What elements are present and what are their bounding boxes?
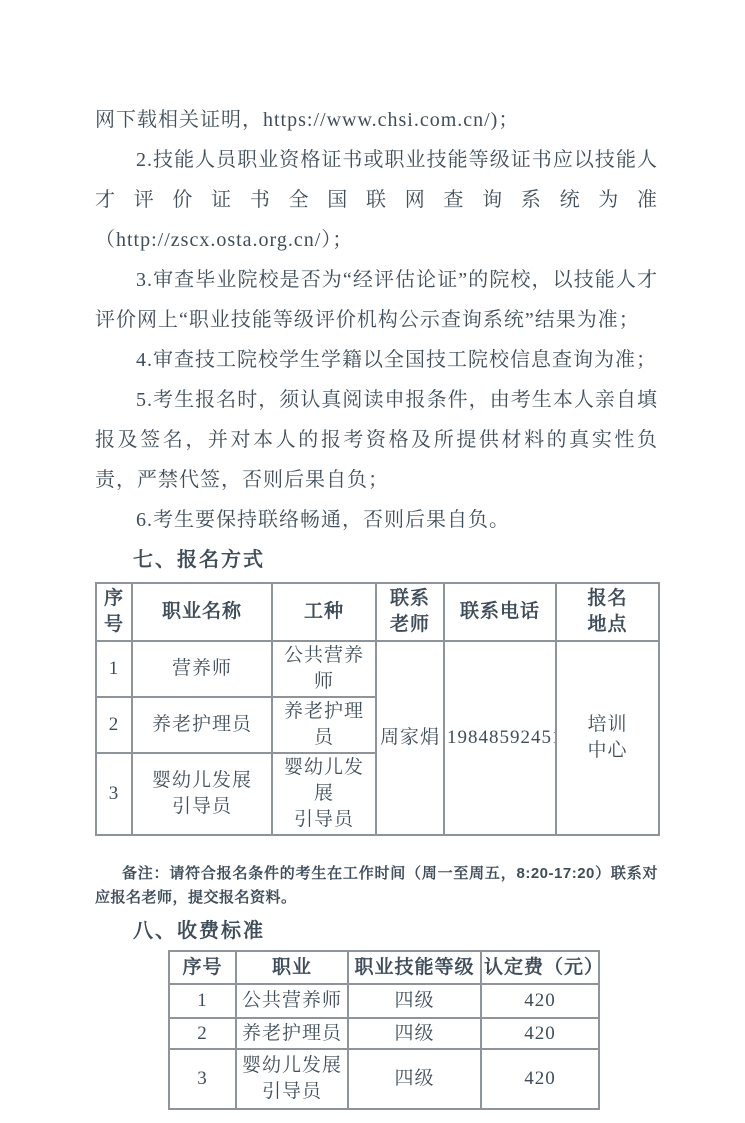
fee-row2-level: 四级 bbox=[348, 1018, 481, 1049]
reg-header-occupation: 职业名称 bbox=[132, 583, 272, 641]
fee-row1-occupation: 公共营养师 bbox=[236, 984, 348, 1018]
table-row: 1 营养师 公共营养师 周家焆 19848592451 培训 中心 bbox=[96, 641, 659, 697]
paragraph-4: 4.审查技工院校学生学籍以全国技工院校信息查询为准； bbox=[95, 340, 658, 380]
reg-header-phone: 联系电话 bbox=[444, 583, 556, 641]
fee-row1-fee: 420 bbox=[481, 984, 599, 1018]
fee-header-fee: 认定费（元） bbox=[481, 951, 599, 984]
body-text-block: 网下载相关证明，https://www.chsi.com.cn/)； 2.技能人… bbox=[95, 100, 658, 540]
fee-row1-no: 1 bbox=[169, 984, 236, 1018]
fee-row3-occupation: 婴幼儿发展 引导员 bbox=[236, 1049, 348, 1109]
reg-header-no: 序 号 bbox=[96, 583, 132, 641]
reg-row3-worktype: 婴幼儿发展 引导员 bbox=[272, 753, 376, 835]
reg-row1-worktype: 公共营养师 bbox=[272, 641, 376, 697]
table-row: 2 养老护理员 四级 420 bbox=[169, 1018, 599, 1049]
paragraph-5: 5.考生报名时，须认真阅读申报条件，由考生本人亲自填报及签名，并对本人的报考资格… bbox=[95, 380, 658, 500]
fee-row3-no: 3 bbox=[169, 1049, 236, 1109]
section7-heading: 七、报名方式 bbox=[95, 540, 658, 580]
fee-row3-level: 四级 bbox=[348, 1049, 481, 1109]
reg-header-location: 报名 地点 bbox=[556, 583, 659, 641]
reg-location-cell: 培训 中心 bbox=[556, 641, 659, 835]
fee-row3-fee: 420 bbox=[481, 1049, 599, 1109]
fee-table: 序号 职业 职业技能等级 认定费（元） 1 公共营养师 四级 420 2 养老护… bbox=[168, 950, 600, 1110]
fee-row2-fee: 420 bbox=[481, 1018, 599, 1049]
fee-header-no: 序号 bbox=[169, 951, 236, 984]
fee-row2-occupation: 养老护理员 bbox=[236, 1018, 348, 1049]
reg-teacher-cell: 周家焆 bbox=[376, 641, 444, 835]
fee-header-level: 职业技能等级 bbox=[348, 951, 481, 984]
reg-row2-worktype: 养老护理员 bbox=[272, 697, 376, 753]
table-row: 3 婴幼儿发展 引导员 四级 420 bbox=[169, 1049, 599, 1109]
fee-header-occupation: 职业 bbox=[236, 951, 348, 984]
fee-row1-level: 四级 bbox=[348, 984, 481, 1018]
section8-heading: 八、收费标准 bbox=[95, 912, 658, 950]
paragraph-2: 2.技能人员职业资格证书或职业技能等级证书应以技能人才评价证书全国联网查询系统为… bbox=[95, 140, 658, 260]
reg-row2-no: 2 bbox=[96, 697, 132, 753]
document-page: 网下载相关证明，https://www.chsi.com.cn/)； 2.技能人… bbox=[0, 0, 745, 1123]
reg-phone-cell: 19848592451 bbox=[444, 641, 556, 835]
paragraph-6: 6.考生要保持联络畅通，否则后果自负。 bbox=[95, 500, 658, 540]
reg-header-teacher: 联系 老师 bbox=[376, 583, 444, 641]
paragraph-1: 网下载相关证明，https://www.chsi.com.cn/)； bbox=[95, 100, 658, 140]
reg-header-worktype: 工种 bbox=[272, 583, 376, 641]
reg-row2-occupation: 养老护理员 bbox=[132, 697, 272, 753]
registration-table: 序 号 职业名称 工种 联系 老师 联系电话 报名 地点 1 营养师 公共营养师… bbox=[95, 582, 660, 836]
table-row: 1 公共营养师 四级 420 bbox=[169, 984, 599, 1018]
fee-row2-no: 2 bbox=[169, 1018, 236, 1049]
reg-row3-occupation: 婴幼儿发展 引导员 bbox=[132, 753, 272, 835]
paragraph-3: 3.审查毕业院校是否为“经评估论证”的院校，以技能人才评价网上“职业技能等级评价… bbox=[95, 260, 658, 340]
registration-note: 备注：请符合报名条件的考生在工作时间（周一至周五，8:20-17:20）联系对应… bbox=[95, 862, 658, 910]
reg-row1-no: 1 bbox=[96, 641, 132, 697]
reg-row1-occupation: 营养师 bbox=[132, 641, 272, 697]
reg-row3-no: 3 bbox=[96, 753, 132, 835]
